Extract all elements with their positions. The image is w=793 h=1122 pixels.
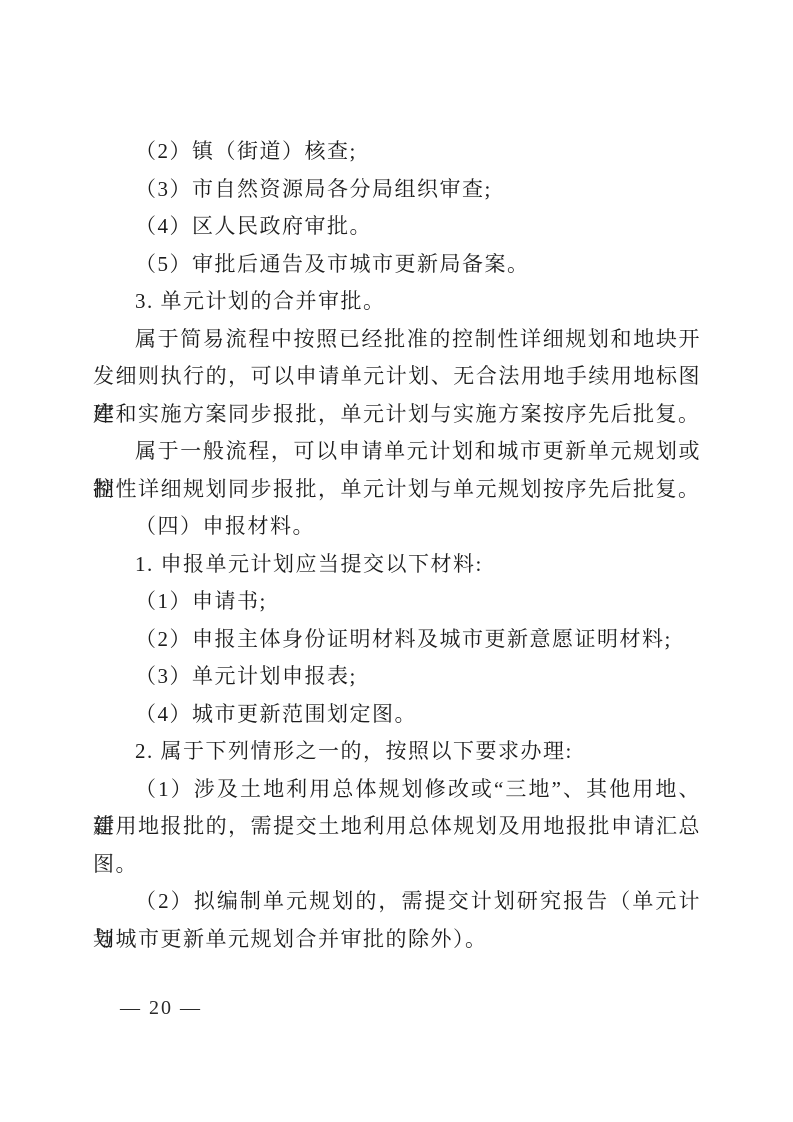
- text-line: （四）申报材料。: [93, 508, 701, 546]
- text-line: 制性详细规划同步报批，单元计划与单元规划按序先后批复。: [93, 471, 701, 509]
- text-line: （3）单元计划申报表;: [93, 658, 701, 696]
- text-line: 发细则执行的，可以申请单元计划、无合法用地手续用地标图建: [93, 358, 701, 396]
- text-line: （1）涉及土地利用总体规划修改或“三地”、其他用地、建: [93, 771, 701, 809]
- text-line: 属于一般流程，可以申请单元计划和城市更新单元规划或控: [93, 433, 701, 471]
- text-line: （2）申报主体身份证明材料及城市更新意愿证明材料;: [93, 621, 701, 659]
- text-line: 属于简易流程中按照已经批准的控制性详细规划和地块开: [93, 321, 701, 359]
- text-line: （3）市自然资源局各分局组织审查;: [93, 171, 701, 209]
- text-line: 库和实施方案同步报批，单元计划与实施方案按序先后批复。: [93, 396, 701, 434]
- body-text: （2）镇（街道）核查; （3）市自然资源局各分局组织审查; （4）区人民政府审批…: [93, 133, 701, 958]
- text-line: 新用地报批的，需提交土地利用总体规划及用地报批申请汇总: [93, 808, 701, 846]
- text-line: 图。: [93, 846, 701, 884]
- page-number: — 20 —: [120, 993, 202, 1023]
- text-line: 1. 申报单元计划应当提交以下材料:: [93, 546, 701, 584]
- text-line: （1）申请书;: [93, 583, 701, 621]
- text-line: （2）拟编制单元规划的，需提交计划研究报告（单元计划: [93, 883, 701, 921]
- text-line: 与城市更新单元规划合并审批的除外）。: [93, 921, 701, 959]
- document-page: （2）镇（街道）核查; （3）市自然资源局各分局组织审查; （4）区人民政府审批…: [0, 0, 793, 1122]
- text-line: 3. 单元计划的合并审批。: [93, 283, 701, 321]
- text-line: （4）城市更新范围划定图。: [93, 696, 701, 734]
- text-line: （5）审批后通告及市城市更新局备案。: [93, 246, 701, 284]
- text-line: 2. 属于下列情形之一的，按照以下要求办理:: [93, 733, 701, 771]
- text-line: （4）区人民政府审批。: [93, 208, 701, 246]
- text-line: （2）镇（街道）核查;: [93, 133, 701, 171]
